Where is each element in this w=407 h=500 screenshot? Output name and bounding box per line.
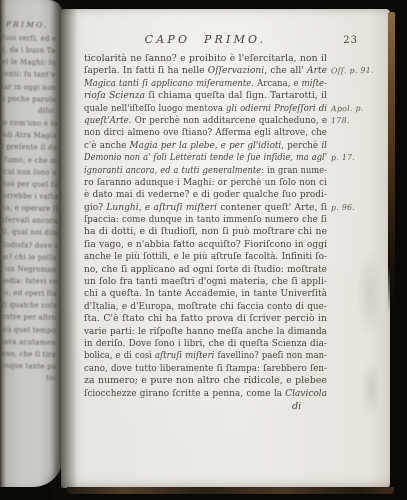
facing-text-fragment: a ſua coſa nota, e operare ſi <box>0 202 58 214</box>
text-line: ſta. C'è ſtato chi ha fatto prova di ſcr… <box>84 313 327 325</box>
facing-text-fragment: troppo indecenti: ſu tant'o <box>0 68 56 80</box>
facing-text-fragment: più lodi, ma ſuoi verſi, ed e <box>0 32 56 44</box>
text-line: no, che ſi applicano ad ogni ſorte di ſt… <box>84 264 327 276</box>
text-line: gio? Lunghi, e aſtruſi miſteri contener … <box>84 202 327 214</box>
text-line: bolica, e di così aſtruſi miſteri favell… <box>84 350 327 362</box>
text-line: varie parti: le riſpoſte hanno meſſa anc… <box>84 326 327 338</box>
facing-text-fragment: , che commentar in oggi non <box>0 81 56 93</box>
facing-text-fragment: abbia fatto, ed operi ſta <box>0 287 57 299</box>
facing-heading-fragment: O PRIMO. <box>0 19 49 30</box>
book-page: CAPO PRIMO. 23 ticolarità ne ſanno? e pr… <box>61 9 390 488</box>
text-line: anche le più ſottili, e le più aſtruſe f… <box>84 251 327 263</box>
margin-note: p. 17. <box>331 153 355 162</box>
facing-text-fragment: Cattolica quel le Maghi: ſq <box>0 56 56 68</box>
text-line: rioſa Scienza ſi chiama queſta dal ſign.… <box>84 90 327 102</box>
text-block: ticolarità ne ſanno? e proibito è l'eſer… <box>84 53 327 400</box>
margin-note: Apol. p. <box>331 103 364 113</box>
facing-text-fragment: come dunque tante pa <box>0 360 56 372</box>
text-line: non dirci almeno ove ſtiano? Afferma egl… <box>84 127 327 139</box>
text-line: queſt'Arte. Or perchè non additarcene qu… <box>84 115 327 127</box>
facing-text-fragment: humani? dove ſodisfa? dove i <box>0 239 57 251</box>
text-line: c'è anche Magia per la plebe, e per gl'i… <box>84 140 327 152</box>
text-line: Magica tanti ſi applicano miſeramente. A… <box>84 78 327 90</box>
facing-text-fragment: da i Catoulli, da i buon Ta <box>0 44 56 56</box>
page-bottom-edge <box>67 487 394 494</box>
margin-note: p. 96. <box>331 203 355 212</box>
facing-text-fragment: lora. Diemano, che ſi tira <box>0 348 56 360</box>
margin-note: 178. <box>331 116 350 125</box>
facing-text-fragment: diſsi. <box>38 106 57 116</box>
page-number: 23 <box>343 35 358 46</box>
text-line: ſaperla. In fatti ſi ha nelle Oſſervazio… <box>84 65 327 77</box>
text-line: ignoranti ancora, ed a tutti generalment… <box>84 165 327 177</box>
book-photograph: O PRIMO.più lodi, ma ſuoi verſi, ed eda … <box>0 0 407 500</box>
facing-text-fragment: e non è più quel tempo <box>0 324 56 336</box>
text-line: è dato mai di vederne? e di goder qualch… <box>84 189 327 201</box>
text-line: cano, dove tutto liberamente ſi ſtampa: … <box>84 363 327 375</box>
facing-text-fragment: ſi amichi ſocoli Atra Magia <box>0 129 57 141</box>
facing-text-fragment: che ſi dà di fumo, e che m <box>0 154 57 166</box>
text-line: chi a queſta. In tante Accademie, in tan… <box>84 288 327 300</box>
facing-text-fragment: e queſt'Arte conſervaſi ancora <box>0 214 58 226</box>
show-through-smudge <box>361 359 381 419</box>
text-line: quale nell'iſteſſo luogo mentova gli odi… <box>84 103 327 115</box>
text-line: ha di dotti, e di ſtudioſi, non ſi può m… <box>84 226 327 238</box>
facing-page-edge: O PRIMO.più lodi, ma ſuoi verſi, ed eda … <box>0 0 63 487</box>
text-line: ſpaccia: come dunque in tanto immenſo nu… <box>84 214 327 226</box>
facing-text-fragment: eranda che com'uno è lo <box>0 117 57 129</box>
text-line: d'Italia, e d'Europa, moſtrate chi facci… <box>84 301 327 313</box>
facing-text-fragment: tio <box>46 373 56 383</box>
facing-text-fragment: no, e render ſuoi per quel ſu <box>0 178 58 190</box>
text-line: Demonio non a' ſoli Letterati tende le ſ… <box>84 152 327 164</box>
show-through-smudge <box>357 249 383 339</box>
text-line: ſciocchezze girano ſcritte a penna, come… <box>84 388 327 400</box>
chapter-heading: CAPO PRIMO. <box>84 33 327 46</box>
text-line: in deriſo. Dove ſono i libri, che di que… <box>84 338 327 350</box>
text-line: ſia vago, e n'abbia fatto acquiſto? Fior… <box>84 239 327 251</box>
facing-text-fragment: i privati, cui non ſono u <box>0 166 57 178</box>
facing-text-fragment: maraviglioſi, qual noi dim <box>0 226 58 238</box>
facing-text-fragment: ſia un Mago, un Negroman <box>0 263 57 275</box>
facing-text-fragment: all'Arte al preſente ſi da <box>0 141 57 153</box>
text-line: un ſolo fra tanti maeſtri d'ogni materia… <box>84 276 327 288</box>
text-line: za numero; e pure non altro che ridicole… <box>84 375 327 387</box>
facing-text-fragment: ora ſi diſputava acutamen <box>0 336 56 348</box>
facing-text-fragment: che la eſtenſion? chi le poſſa <box>0 251 57 263</box>
facing-text-fragment: della Comedia: fatevi ve <box>0 275 57 287</box>
facing-text-fragment: onarſi chi vorrebbe i vaſta <box>0 190 58 202</box>
facing-text-fragment: mentar, con poche parole <box>0 93 56 105</box>
catchword: di <box>292 401 301 412</box>
facing-text-fragment: gli dia, mentre per altro <box>0 312 56 324</box>
margin-note: Oſſ. p. 91. <box>331 66 374 76</box>
page-fore-edge <box>388 12 395 312</box>
text-line: ticolarità ne ſanno? e proibito è l'eſer… <box>84 53 327 65</box>
text-line: ro ſaranno adunque i Maghi: or perchè un… <box>84 177 327 189</box>
facing-text-fragment: l'eſibiſion di qualche coſa <box>0 299 57 311</box>
